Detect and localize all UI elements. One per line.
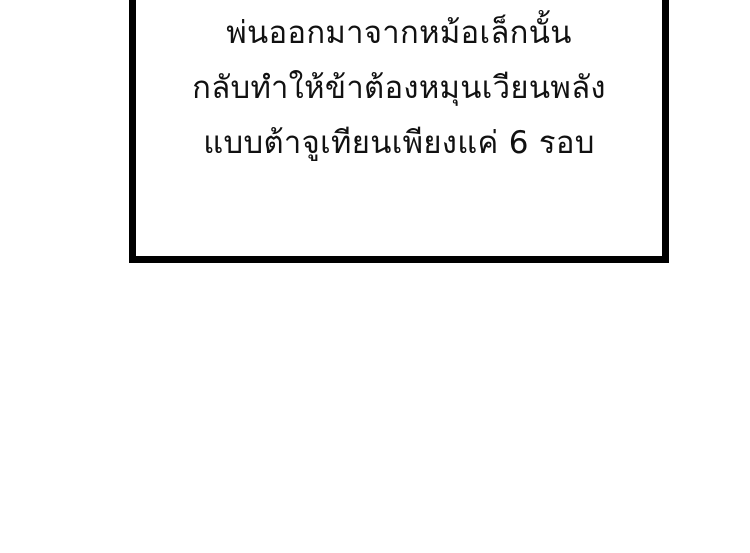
narration-box: พ่นออกมาจากหม้อเล็กนั้น กลับทำให้ข้าต้อง… (129, 0, 669, 263)
narration-line-2: กลับทำให้ข้าต้องหมุนเวียนพลัง (136, 61, 662, 116)
narration-text: พ่นออกมาจากหม้อเล็กนั้น กลับทำให้ข้าต้อง… (136, 6, 662, 171)
comic-panel: พ่นออกมาจากหม้อเล็กนั้น กลับทำให้ข้าต้อง… (0, 0, 750, 553)
narration-line-1: พ่นออกมาจากหม้อเล็กนั้น (136, 6, 662, 61)
narration-line-3: แบบต้าจูเทียนเพียงแค่ 6 รอบ (136, 116, 662, 171)
